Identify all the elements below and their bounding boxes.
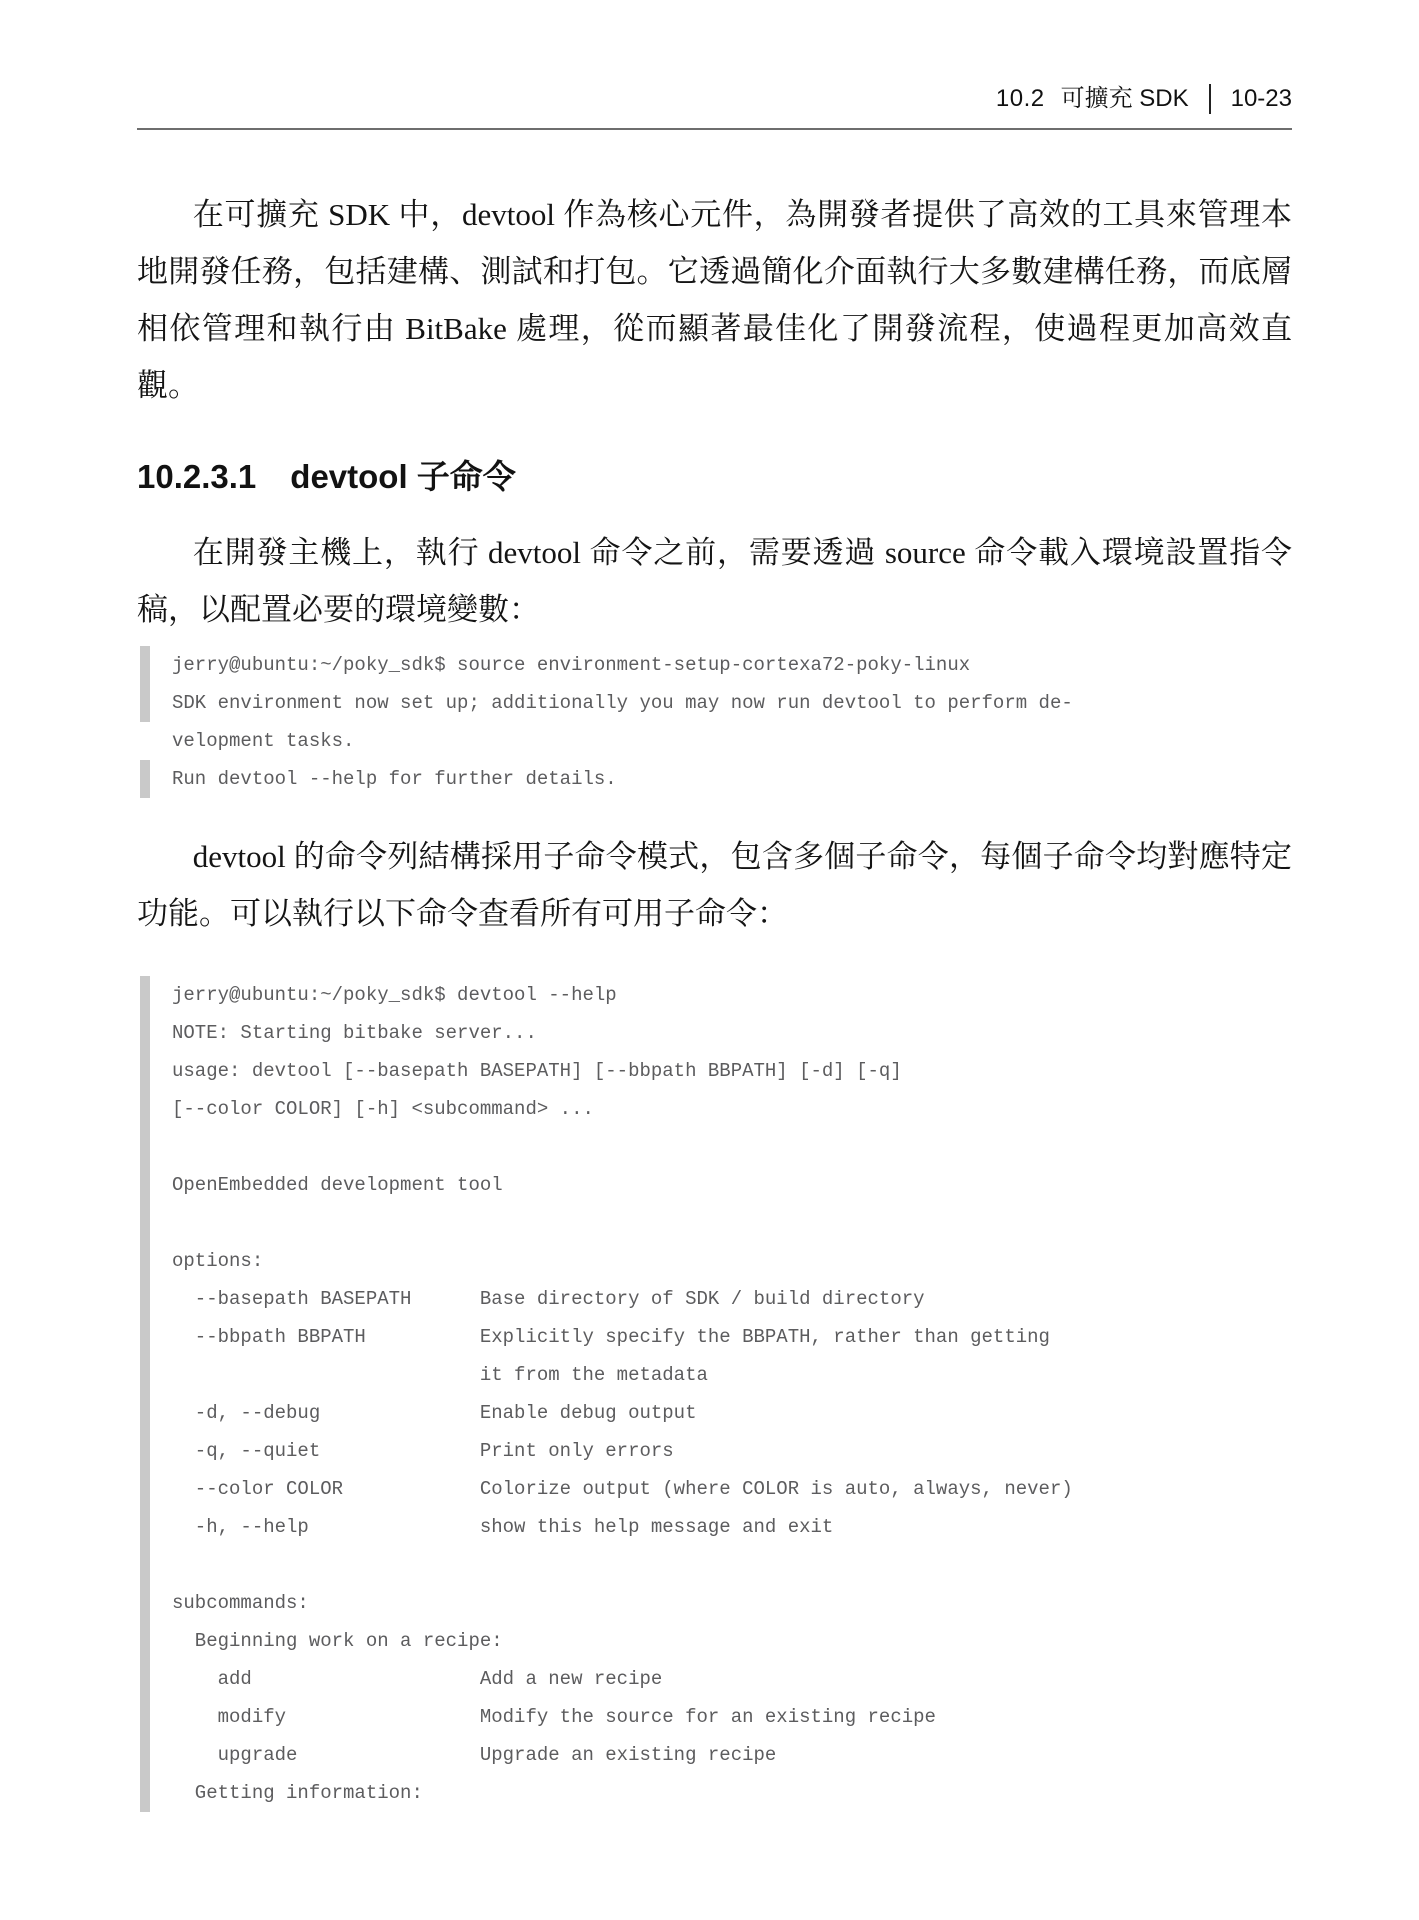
code-line: modify Modify the source for an existing…: [172, 1698, 1292, 1736]
code-line: [--color COLOR] [-h] <subcommand> ...: [172, 1090, 1292, 1128]
code-line: -d, --debug Enable debug output: [172, 1394, 1292, 1432]
terminal-output-devtool-help: jerry@ubuntu:~/poky_sdk$ devtool --helpN…: [140, 976, 1292, 1812]
code-line: SDK environment now set up; additionally…: [140, 684, 1292, 722]
code-line: usage: devtool [--basepath BASEPATH] [--…: [172, 1052, 1292, 1090]
code-line: jerry@ubuntu:~/poky_sdk$ devtool --help: [172, 976, 1292, 1014]
code-line: jerry@ubuntu:~/poky_sdk$ source environm…: [140, 646, 1292, 684]
book-page: 10.2 可擴充 SDK 10-23 在可擴充 SDK 中，devtool 作為…: [0, 84, 1419, 1812]
header-page-number: 10-23: [1231, 84, 1292, 114]
running-header: 10.2 可擴充 SDK 10-23: [137, 84, 1292, 130]
code-line: options:: [172, 1242, 1292, 1280]
code-line: Beginning work on a recipe:: [172, 1622, 1292, 1660]
code-line: --bbpath BBPATH Explicitly specify the B…: [172, 1318, 1292, 1356]
code-line: it from the metadata: [172, 1356, 1292, 1394]
code-line: Getting information:: [172, 1774, 1292, 1812]
code-line: upgrade Upgrade an existing recipe: [172, 1736, 1292, 1774]
code-line: Run devtool --help for further details.: [140, 760, 1292, 798]
code-line: subcommands:: [172, 1584, 1292, 1622]
code-line: -h, --help show this help message and ex…: [172, 1508, 1292, 1546]
code-line: --basepath BASEPATH Base directory of SD…: [172, 1280, 1292, 1318]
code-line: --color COLOR Colorize output (where COL…: [172, 1470, 1292, 1508]
code-line: [172, 1128, 1292, 1166]
header-divider: [1209, 84, 1211, 114]
terminal-output-source-env: jerry@ubuntu:~/poky_sdk$ source environm…: [140, 646, 1292, 798]
paragraph-source-setup: 在開發主機上，執行 devtool 命令之前，需要透過 source 命令載入環…: [137, 524, 1292, 638]
paragraph-subcommands: devtool 的命令列結構採用子命令模式，包含多個子命令，每個子命令均對應特定…: [137, 828, 1292, 942]
code-line: -q, --quiet Print only errors: [172, 1432, 1292, 1470]
section-heading: 10.2.3.1devtool 子命令: [137, 456, 1292, 498]
code-line: [172, 1546, 1292, 1584]
section-heading-number: 10.2.3.1: [137, 458, 256, 495]
code-line: velopment tasks.: [140, 722, 1292, 760]
header-section-title: 可擴充 SDK: [1061, 84, 1189, 114]
code-line: NOTE: Starting bitbake server...: [172, 1014, 1292, 1052]
paragraph-intro: 在可擴充 SDK 中，devtool 作為核心元件，為開發者提供了高效的工具來管…: [137, 186, 1292, 414]
section-heading-title: devtool 子命令: [290, 458, 516, 495]
code-line: add Add a new recipe: [172, 1660, 1292, 1698]
code-line: [172, 1204, 1292, 1242]
header-section-number: 10.2: [996, 84, 1045, 114]
code-line: OpenEmbedded development tool: [172, 1166, 1292, 1204]
